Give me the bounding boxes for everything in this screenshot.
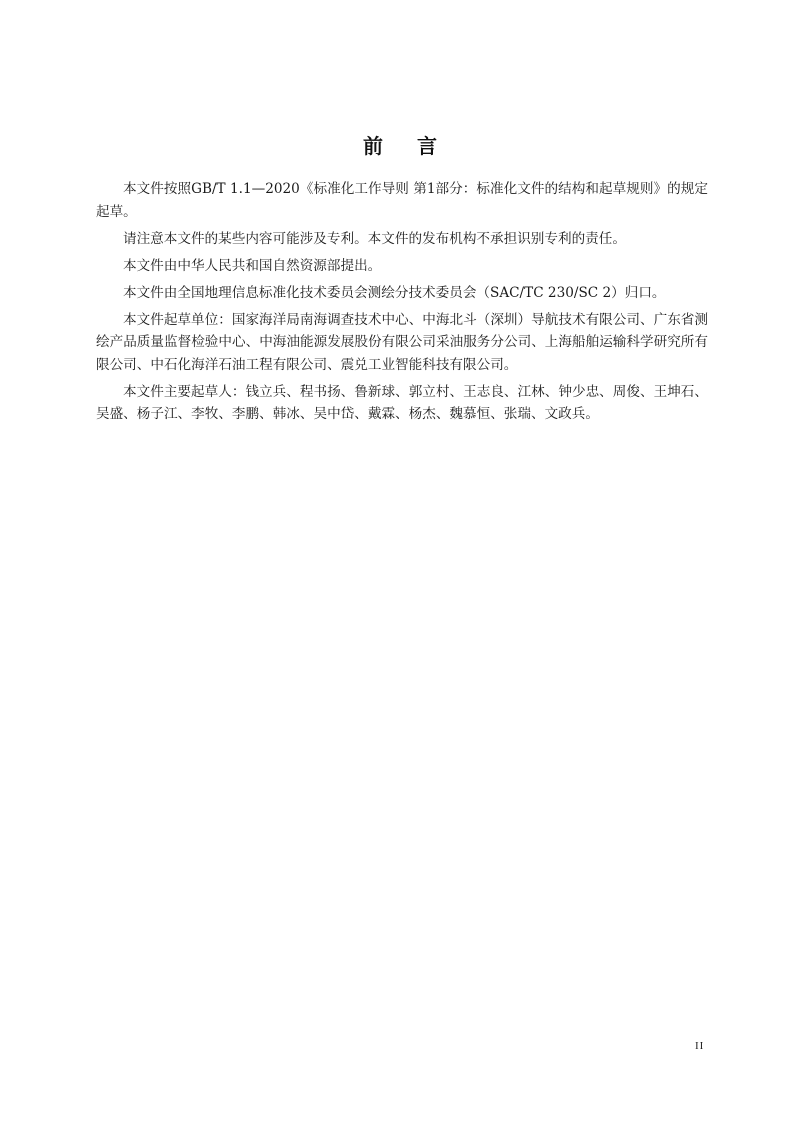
title-char-2: 言 <box>417 130 437 159</box>
paragraph-patent-notice: 请注意本文件的某些内容可能涉及专利。本文件的发布机构不承担识别专利的责任。 <box>96 228 708 251</box>
paragraph-centralized-management: 本文件由全国地理信息标准化技术委员会测绘分技术委员会（SAC/TC 230/SC… <box>96 282 708 305</box>
title-char-1: 前 <box>363 130 383 159</box>
paragraph-drafters: 本文件主要起草人：钱立兵、程书扬、鲁新球、郭立村、王志良、江林、钟少忠、周俊、王… <box>96 381 708 426</box>
page-number: II <box>695 1040 704 1052</box>
page-title: 前言 <box>0 130 800 159</box>
paragraph-drafting-basis: 本文件按照GB/T 1.1—2020《标准化工作导则 第1部分：标准化文件的结构… <box>96 178 708 223</box>
foreword-body: 本文件按照GB/T 1.1—2020《标准化工作导则 第1部分：标准化文件的结构… <box>96 178 708 430</box>
document-page: 前言 本文件按照GB/T 1.1—2020《标准化工作导则 第1部分：标准化文件… <box>0 0 800 1132</box>
paragraph-drafting-units: 本文件起草单位：国家海洋局南海调查技术中心、中海北斗（深圳）导航技术有限公司、广… <box>96 309 708 377</box>
paragraph-proposer: 本文件由中华人民共和国自然资源部提出。 <box>96 255 708 278</box>
